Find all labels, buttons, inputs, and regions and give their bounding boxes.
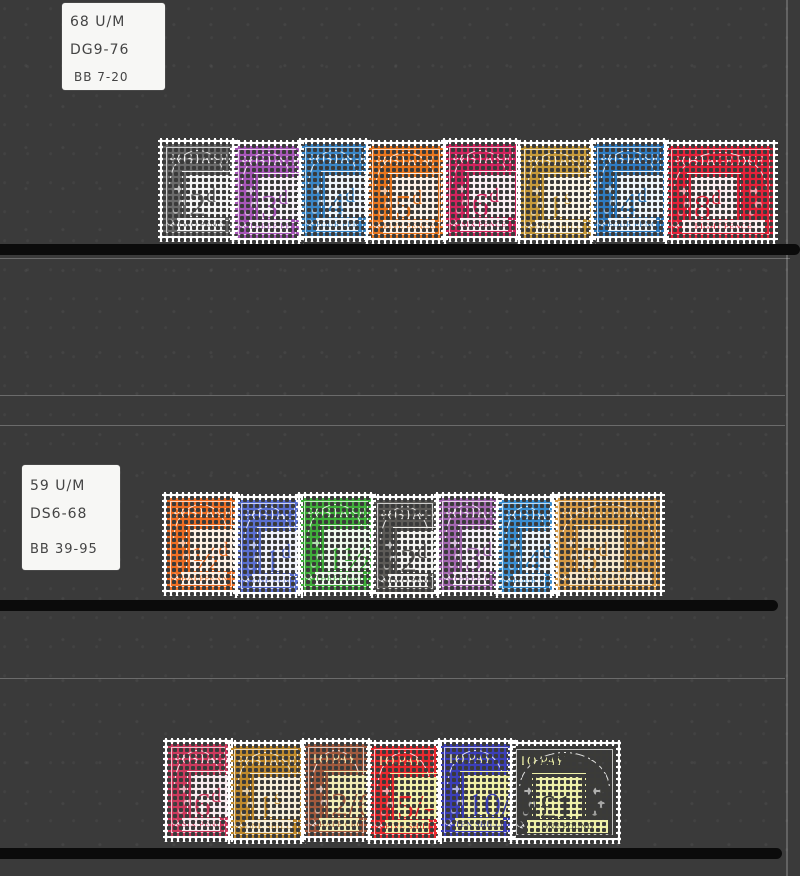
clover-ornament-icon: ✤ xyxy=(525,221,533,232)
stamp-value-unit: d xyxy=(278,187,288,209)
stamp-value-words: HALFPENNY xyxy=(181,572,227,585)
label-line: DG9-76 xyxy=(70,43,129,57)
stamp-title: TO PAY xyxy=(311,751,357,767)
stamp-face: POSTAGE 4d FOUR PENCE ✤ xyxy=(594,144,664,236)
stamp-face: POSTAGE 4d FOUR PENCE ✤ xyxy=(302,144,366,236)
stamp-value-words: FOUR PENCE xyxy=(608,218,656,231)
stamp-face: POSTAGE 1½d THREE HALFPENCE ✤ xyxy=(301,498,371,590)
stamp-title: POSTAGE DUE xyxy=(674,153,765,169)
stamp-title: POSTAGE xyxy=(375,153,435,169)
clover-ornament-icon: ✤ xyxy=(242,575,250,586)
stamp: TO PAY 5/- FIVE SHILLINGS ✤ xyxy=(366,740,442,844)
stamp-value-unit: d xyxy=(412,187,422,209)
stamp: POSTAGE 2d TWO PENCE ✤ xyxy=(158,138,238,242)
stamp-value-unit: d xyxy=(219,539,229,561)
stamp-title: POSTAGE xyxy=(527,153,587,169)
stamp-value-unit: d xyxy=(281,541,291,563)
clover-ornament-icon: ✤ xyxy=(445,819,453,830)
stamp-title: POSTAGE xyxy=(505,507,553,523)
stamp: TO PAY £1 ONE POUND ✤ xyxy=(508,740,621,844)
stamp-value-unit: d xyxy=(206,185,216,207)
stamp-title: POSTAGE xyxy=(380,507,436,523)
stamp: POSTAGE 4d FOUR PENCE ✤ xyxy=(589,138,669,242)
stamp-face: POSTAGE 4d FOUR PENCE ✤ xyxy=(499,500,553,592)
stamp-face: POSTAGE 3d THREE PENCE ✤ xyxy=(439,498,497,590)
strip-edge-line xyxy=(0,678,785,679)
stamp-face: POSTAGE DUE 8d EIGHT PENCE ✤ xyxy=(668,146,773,238)
label-line: 59 U/M xyxy=(30,479,85,493)
stamp-value-words: THREE PENCE xyxy=(453,572,489,585)
page-edge xyxy=(786,0,788,876)
scroll-ornament-icon xyxy=(632,530,654,574)
stamp: POSTAGE 3d THREE PENCE ✤ xyxy=(230,140,304,244)
stamp-value-words: EIGHT PENCE xyxy=(682,220,765,233)
stamp-title: TO PAY xyxy=(519,753,565,769)
stamp-title: POSTAGE xyxy=(174,751,228,767)
stamp-face: POSTAGE 3d THREE PENCE ✤ xyxy=(235,146,299,238)
stamp-title: POSTAGE xyxy=(307,505,367,521)
clover-ornament-icon: ✤ xyxy=(672,221,680,232)
stamp-face: TO PAY 10/- TEN SHILLINGS ✤ xyxy=(441,744,511,836)
stamp: POSTAGE 5d FIVE PENCE ✤ xyxy=(364,140,448,244)
label-line: DS6-68 xyxy=(30,507,87,521)
stamp-value-words: FOUR PENCE xyxy=(513,574,545,587)
stamp: POSTAGE 1½d THREE HALFPENCE ✤ xyxy=(296,492,376,596)
stamp-title: POSTAGE xyxy=(445,505,497,521)
stamp-value-words: FIVE PENCE xyxy=(569,572,652,585)
stamp-title: POSTAGE DUE xyxy=(561,505,652,521)
clover-ornament-icon: ✤ xyxy=(559,573,567,584)
stamp-title: POSTAGE xyxy=(169,151,229,167)
stamp-value-words: HALF CROWN xyxy=(319,818,359,831)
stamp: POSTAGE 3d THREE PENCE ✤ xyxy=(434,492,502,596)
stamp-title: POSTAGE xyxy=(452,151,512,167)
stamp-face: TO PAY £1 ONE POUND ✤ xyxy=(513,746,616,838)
clover-ornament-icon: ✤ xyxy=(172,819,180,830)
stamp-face: POSTAGE DUE 5d FIVE PENCE ✤ xyxy=(555,498,660,590)
clover-ornament-icon: ✤ xyxy=(375,821,383,832)
stamp-value-unit: s xyxy=(274,787,282,809)
strip-edge-line xyxy=(0,425,785,426)
stamp-value-unit: d xyxy=(345,185,355,207)
stamp-value-words: TEN SHILLINGS xyxy=(455,818,503,831)
clover-ornament-icon: ✤ xyxy=(503,575,511,586)
stamp-value-unit: d xyxy=(711,187,721,209)
stamp: POSTAGE 4d FOUR PENCE ✤ xyxy=(494,494,558,598)
stamp-value-words: ONE POUND xyxy=(527,820,608,833)
stamp: POSTAGE 4d FOUR PENCE ✤ xyxy=(297,138,371,242)
clover-ornament-icon: ✤ xyxy=(517,821,525,832)
stamp-title: POSTAGE xyxy=(237,753,297,769)
stamp: POSTAGE 1s ONE SHILLING ✤ xyxy=(516,140,596,244)
clover-ornament-icon: ✤ xyxy=(239,221,247,232)
stamp-face: POSTAGE 5d FIVE PENCE ✤ xyxy=(369,146,443,238)
stamp-face: POSTAGE 1d ONE PENNY ✤ xyxy=(238,500,298,592)
clover-ornament-icon: ✤ xyxy=(305,573,313,584)
stamp-value-words: TWO PENCE xyxy=(388,574,428,587)
stamp-title: TO PAY xyxy=(377,753,423,769)
stamp: POSTAGE DUE 8d EIGHT PENCE ✤ xyxy=(663,140,778,244)
stamp-value-unit: d xyxy=(489,185,499,207)
stamp-face: POSTAGE 1s ONE SHILLING ✤ xyxy=(231,746,301,838)
stamp-title: POSTAGE xyxy=(600,151,660,167)
stamp-value-unit: d xyxy=(211,785,221,807)
stamp-value-unit: d xyxy=(598,539,608,561)
stamp-title: POSTAGE xyxy=(173,505,233,521)
stamp-value-words: TWO PENCE xyxy=(177,218,225,231)
stamp-title: POSTAGE xyxy=(244,507,298,523)
clover-ornament-icon: ✤ xyxy=(443,573,451,584)
stamp-title: TO PAY xyxy=(447,751,493,767)
stamp: POSTAGE DUE 5d FIVE PENCE ✤ xyxy=(550,492,665,596)
stamp-title: POSTAGE xyxy=(308,151,366,167)
stamp-face: TO PAY 5/- FIVE SHILLINGS ✤ xyxy=(371,746,437,838)
stamp-value-words: THREE HALFPENCE xyxy=(315,572,363,585)
stamp-value-words: THREE PENCE xyxy=(249,220,291,233)
stock-strip-2 xyxy=(0,600,778,611)
stamp: TO PAY 2/6 HALF CROWN ✤ xyxy=(300,738,372,842)
stamp: POSTAGE 2d TWO PENCE ✤ xyxy=(369,494,441,598)
stamp-value-unit: d xyxy=(482,539,492,561)
stamp-value-words: ONE SHILLING xyxy=(535,220,583,233)
label-line: BB 39-95 xyxy=(30,543,98,556)
stamp-value-words: FOUR PENCE xyxy=(316,218,358,231)
clover-ornament-icon: ✤ xyxy=(598,219,606,230)
clover-ornament-icon: ✤ xyxy=(306,219,314,230)
scroll-ornament-icon xyxy=(588,778,610,822)
stamp-face: POSTAGE ½d HALFPENNY ✤ xyxy=(167,498,235,590)
stock-strip-3 xyxy=(0,848,782,859)
label-line: 68 U/M xyxy=(70,15,125,29)
scroll-ornament-icon xyxy=(745,178,767,222)
clover-ornament-icon: ✤ xyxy=(167,219,175,230)
clover-ornament-icon: ✤ xyxy=(450,219,458,230)
stamp: POSTAGE 6d SIX PENCE ✤ xyxy=(441,138,521,242)
clover-ornament-icon: ✤ xyxy=(309,819,317,830)
stamp: POSTAGE 6d SIX PENCE ✤ xyxy=(163,738,233,842)
stamp-value-words: FIVE SHILLINGS xyxy=(385,820,429,833)
stamp-value-words: FIVE PENCE xyxy=(383,220,435,233)
strip-edge-line xyxy=(0,395,785,396)
clover-ornament-icon: ✤ xyxy=(235,821,243,832)
stamp-value-unit: d xyxy=(417,541,427,563)
clover-ornament-icon: ✤ xyxy=(378,575,386,586)
stamp-face: POSTAGE 1s ONE SHILLING ✤ xyxy=(521,146,591,238)
clover-ornament-icon: ✤ xyxy=(171,573,179,584)
stock-strip-1 xyxy=(0,244,800,255)
stamp-value-words: ONE SHILLING xyxy=(245,820,293,833)
stamp-value-unit: d xyxy=(637,185,647,207)
stamp-face: TO PAY 2/6 HALF CROWN ✤ xyxy=(305,744,367,836)
stamp: TO PAY 10/- TEN SHILLINGS ✤ xyxy=(436,738,516,842)
set-label-2: 59 U/M DS6-68 BB 39-95 xyxy=(22,465,120,570)
stamp-face: POSTAGE 2d TWO PENCE ✤ xyxy=(163,144,233,236)
stamp: POSTAGE 1s ONE SHILLING ✤ xyxy=(226,740,306,844)
stamp-value-words: ONE PENNY xyxy=(252,574,290,587)
stamp-face: POSTAGE 6d SIX PENCE ✤ xyxy=(168,744,228,836)
stamp: POSTAGE ½d HALFPENNY ✤ xyxy=(162,492,240,596)
stamp-title: POSTAGE xyxy=(241,153,299,169)
stamp: POSTAGE 1d ONE PENNY ✤ xyxy=(233,494,303,598)
stamp-value-words: SIX PENCE xyxy=(460,218,508,231)
stamp-face: POSTAGE 2d TWO PENCE ✤ xyxy=(374,500,436,592)
strip-edge-line xyxy=(0,258,790,259)
label-line: BB 7-20 xyxy=(74,71,129,83)
stamp-face: POSTAGE 6d SIX PENCE ✤ xyxy=(446,144,516,236)
stamp-value-unit: s xyxy=(564,187,572,209)
set-label-1: 68 U/M DG9-76 BB 7-20 xyxy=(62,3,165,90)
stamp-value-words: SIX PENCE xyxy=(182,818,220,831)
clover-ornament-icon: ✤ xyxy=(373,221,381,232)
